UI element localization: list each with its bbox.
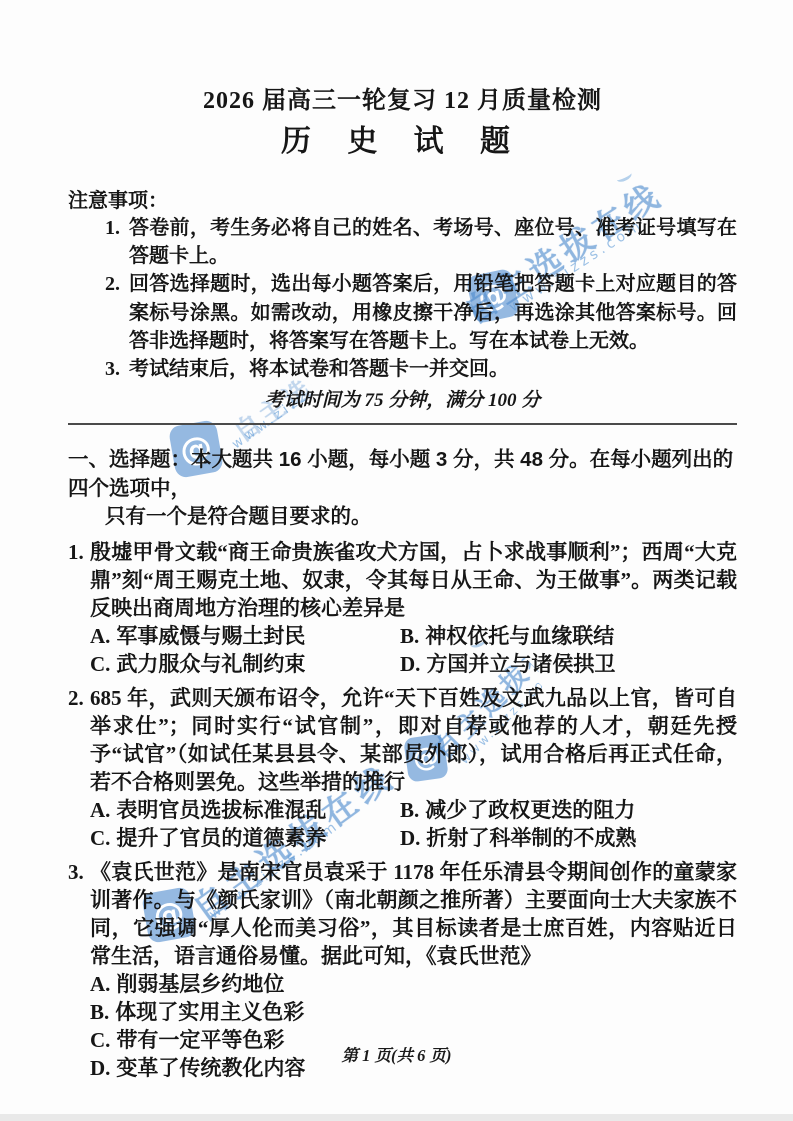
option-label: A. [90,622,110,650]
option-label: D. [400,824,420,852]
option-text: 军事威慑与赐土封民 [116,622,305,650]
option-d: D. 方国并立与诸侯拱卫 [400,650,615,678]
section-heading-line1: 一、选择题：本大题共 16 小题，每小题 3 分，共 48 分。在每小题列出的四… [68,446,737,503]
option-text: 体现了实用主义色彩 [115,998,304,1026]
notice-item-number: 2. [105,270,120,298]
question-number: 3. [68,858,84,886]
exam-title: 2026 届高三一轮复习 12 月质量检测 [68,86,737,116]
option-a: A. 军事威慑与赐土封民 [90,622,400,650]
notice-item-number: 1. [105,214,120,242]
section-divider [68,423,737,425]
option-text: 神权依托与血缘联结 [425,622,614,650]
section-heading-line2: 只有一个是符合题目要求的。 [68,503,737,532]
options-row: A. 军事威慑与赐土封民 B. 神权依托与血缘联结 [68,622,737,650]
option-label: A. [90,796,110,824]
question-stem: 3. 《袁氏世范》是南宋官员袁采于 1178 年任乐清县令期间创作的童蒙家训著作… [68,858,737,970]
notice-item: 1. 答卷前，考生务必将自己的姓名、考场号、座位号、准考证号填写在答题卡上。 [105,214,737,270]
notice-item-text: 回答选择题时，选出每小题答案后，用铅笔把答题卡上对应题目的答案标号涂黑。如需改动… [129,273,737,351]
option-text: 提升了官员的道德素养 [116,824,326,852]
option-c: C. 提升了官员的道德素养 [90,824,400,852]
options-row: C. 武力服众与礼制约束 D. 方国并立与诸侯拱卫 [68,650,737,678]
option-b: B. 神权依托与血缘联结 [400,622,614,650]
option-label: B. [90,998,109,1026]
option-label: C. [90,824,110,852]
notice-item: 3. 考试结束后，将本试卷和答题卡一并交回。 [105,355,737,383]
scan-edge-artifact [0,1114,793,1121]
option-b: B. 减少了政权更迭的阻力 [400,796,635,824]
option-text: 减少了政权更迭的阻力 [425,796,635,824]
option-d: D. 折射了科举制的不成熟 [400,824,636,852]
option-text: 方国并立与诸侯拱卫 [426,650,615,678]
options-row: C. 提升了官员的道德素养 D. 折射了科举制的不成熟 [68,824,737,852]
question-2: 2. 685 年，武则天颁布诏令，允许“天下百姓及文武九品以上官，皆可自举求仕”… [68,684,737,852]
question-stem: 2. 685 年，武则天颁布诏令，允许“天下百姓及文武九品以上官，皆可自举求仕”… [68,684,737,796]
document-page: 2026 届高三一轮复习 12 月质量检测 历 史 试 题 注意事项： 1. 答… [0,0,793,1121]
question-stem-text: 685 年，武则天颁布诏令，允许“天下百姓及文武九品以上官，皆可自举求仕”；同时… [90,686,737,794]
option-label: B. [400,796,419,824]
notice-item-text: 考试结束后，将本试卷和答题卡一并交回。 [129,358,509,380]
option-label: B. [400,622,419,650]
option-b: B. 体现了实用主义色彩 [68,998,737,1026]
option-a: A. 削弱基层乡约地位 [68,970,737,998]
exam-duration-info: 考试时间为 75 分钟，满分 100 分 [68,388,737,414]
option-label: D. [400,650,420,678]
question-stem-text: 殷墟甲骨文载“商王命贵族雀攻犬方国，占卜求战事顺利”；西周“大克鼎”刻“周王赐克… [90,540,737,620]
option-text: 表明官员选拔标准混乱 [116,796,326,824]
option-a: A. 表明官员选拔标准混乱 [90,796,400,824]
notice-item-number: 3. [105,355,120,383]
option-text: 削弱基层乡约地位 [116,970,284,998]
option-text: 武力服众与礼制约束 [116,650,305,678]
notice-item-text: 答卷前，考生务必将自己的姓名、考场号、座位号、准考证号填写在答题卡上。 [129,217,737,267]
question-1: 1. 殷墟甲骨文载“商王命贵族雀攻犬方国，占卜求战事顺利”；西周“大克鼎”刻“周… [68,538,737,678]
options-row: A. 表明官员选拔标准混乱 B. 减少了政权更迭的阻力 [68,796,737,824]
question-stem: 1. 殷墟甲骨文载“商王命贵族雀攻犬方国，占卜求战事顺利”；西周“大克鼎”刻“周… [68,538,737,622]
page-number-footer: 第 1 页(共 6 页) [0,1042,793,1066]
option-label: C. [90,650,110,678]
question-stem-text: 《袁氏世范》是南宋官员袁采于 1178 年任乐清县令期间创作的童蒙家训著作。与《… [90,860,737,968]
subject-title: 历 史 试 题 [68,122,737,162]
notice-heading: 注意事项： [68,188,737,214]
question-number: 2. [68,684,84,712]
section-heading: 一、选择题：本大题共 16 小题，每小题 3 分，共 48 分。在每小题列出的四… [68,446,737,532]
notice-item: 2. 回答选择题时，选出每小题答案后，用铅笔把答题卡上对应题目的答案标号涂黑。如… [105,270,737,355]
question-number: 1. [68,538,84,566]
option-text: 折射了科举制的不成熟 [426,824,636,852]
option-c: C. 武力服众与礼制约束 [90,650,400,678]
exam-paper-page: { "header": { "title_line1": "2026 届高三一轮… [0,0,793,1121]
option-label: A. [90,970,110,998]
